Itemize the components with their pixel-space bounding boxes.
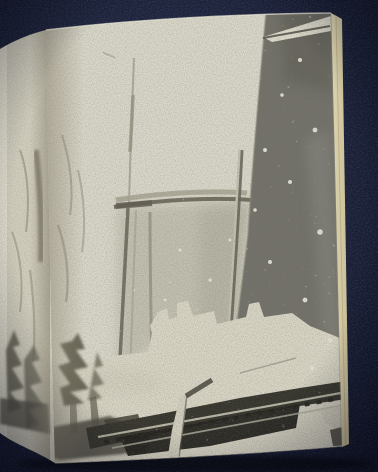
book-photo-illustration bbox=[0, 0, 378, 472]
background-vignette bbox=[0, 0, 378, 472]
screenshot-root bbox=[0, 0, 378, 472]
